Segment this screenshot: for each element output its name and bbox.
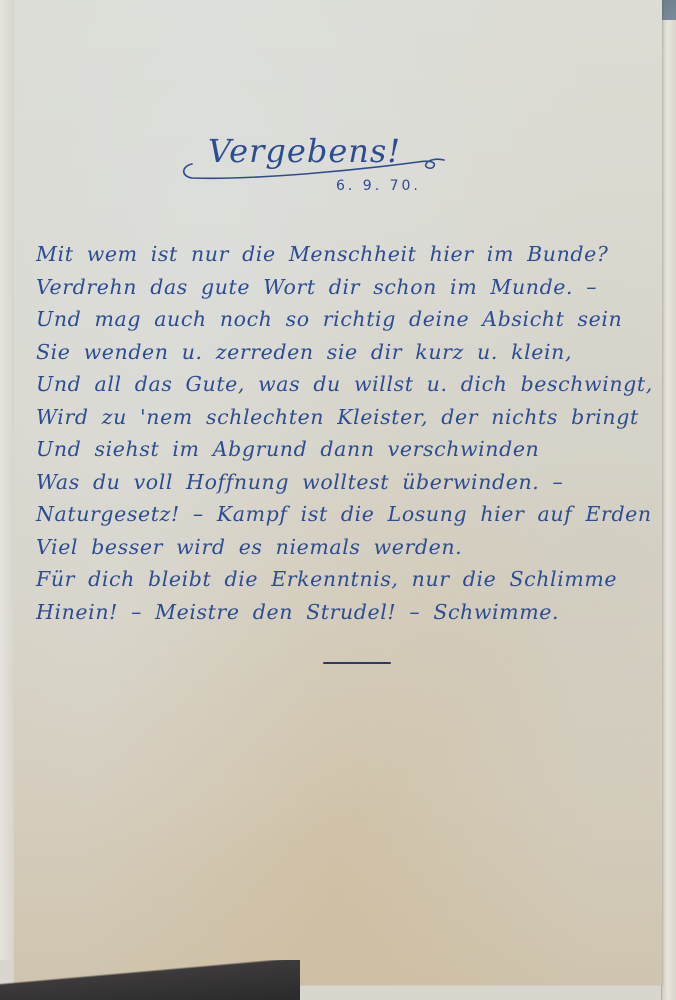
- poem-line: Wird zu 'nem schlechten Kleister, der ni…: [36, 401, 676, 434]
- poem-header: Vergebens! 6. 9. 70.: [178, 128, 448, 198]
- poem-line: Und mag auch noch so richtig deine Absic…: [36, 303, 676, 336]
- poem-line: Verdrehn das gute Wort dir schon im Mund…: [36, 271, 676, 304]
- poem-line: Was du voll Hoffnung wolltest überwinden…: [36, 466, 676, 499]
- poem-body: Mit wem ist nur die Menschheit hier im B…: [36, 238, 676, 628]
- poem-line: Mit wem ist nur die Menschheit hier im B…: [36, 238, 676, 271]
- poem-line: Und all das Gute, was du willst u. dich …: [36, 368, 676, 401]
- poem-line: Sie wenden u. zerreden sie dir kurz u. k…: [36, 336, 676, 369]
- poem-title: Vergebens!: [208, 132, 401, 170]
- poem-date: 6. 9. 70.: [336, 178, 421, 194]
- notebook-page: Vergebens! 6. 9. 70. Mit wem ist nur die…: [14, 0, 662, 985]
- poem-line: Für dich bleibt die Erkenntnis, nur die …: [36, 563, 676, 596]
- poem-line: Naturgesetz! – Kampf ist die Losung hier…: [36, 498, 676, 531]
- binding-shadow: [0, 960, 300, 1000]
- poem-line: Hinein! – Meistre den Strudel! – Schwimm…: [36, 596, 676, 629]
- end-divider-line: [323, 662, 391, 664]
- poem-line: Viel besser wird es niemals werden.: [36, 531, 676, 564]
- poem-line: Und siehst im Abgrund dann verschwinden: [36, 433, 676, 466]
